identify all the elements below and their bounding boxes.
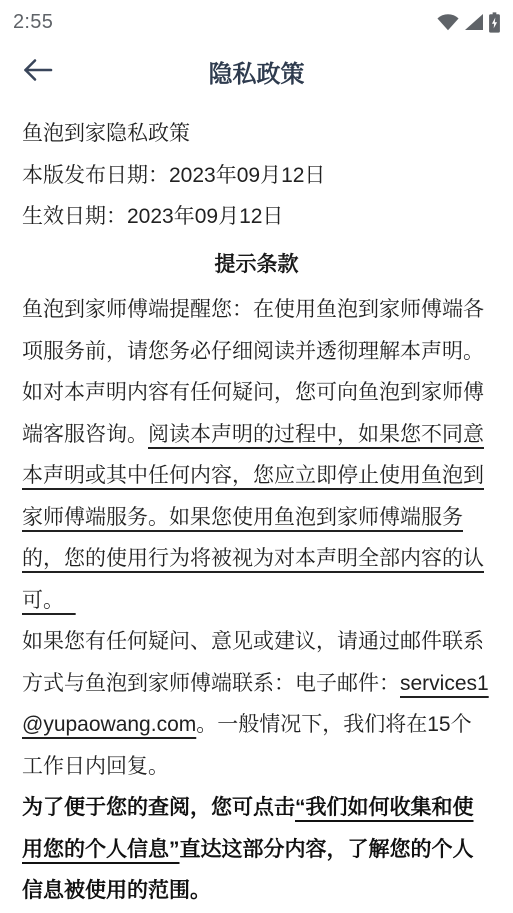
wifi-icon [437,14,459,31]
privacy-policy-screen: 2:55 [0,0,513,913]
battery-charging-icon [489,12,500,33]
status-bar: 2:55 [0,0,513,40]
effective-date-line: 生效日期：2023年09月12日 [22,196,491,238]
published-date-line: 本版发布日期：2023年09月12日 [22,155,491,197]
policy-document[interactable]: 鱼泡到家隐私政策 本版发布日期：2023年09月12日 生效日期：2023年09… [0,102,513,912]
status-icons [437,12,500,33]
notice-underlined-text: 阅读本声明的过程中，如果您不同意本声明或其中任何内容，您应立即停止使用鱼泡到家师… [22,423,484,612]
shortcut-text-prefix: 为了便于您的查阅，您可点击 [22,796,295,819]
contact-paragraph: 如果您有任何疑问、意见或建议，请通过邮件联系方式与鱼泡到家师傅端联系：电子邮件：… [22,621,491,787]
page-title: 隐私政策 [0,54,513,89]
app-bar: 隐私政策 [0,40,513,102]
shortcut-paragraph: 为了便于您的查阅，您可点击“我们如何收集和使用您的个人信息”直达这部分内容，了解… [22,787,491,912]
notice-paragraph: 鱼泡到家师傅端提醒您：在使用鱼泡到家师傅端各项服务前，请您务必仔细阅读并透彻理解… [22,289,491,621]
cellular-signal-icon [465,14,483,30]
status-time: 2:55 [13,11,53,34]
section-heading: 提示条款 [22,244,491,286]
back-button[interactable] [22,54,56,88]
back-arrow-icon [22,57,53,86]
document-title: 鱼泡到家隐私政策 [22,113,491,155]
